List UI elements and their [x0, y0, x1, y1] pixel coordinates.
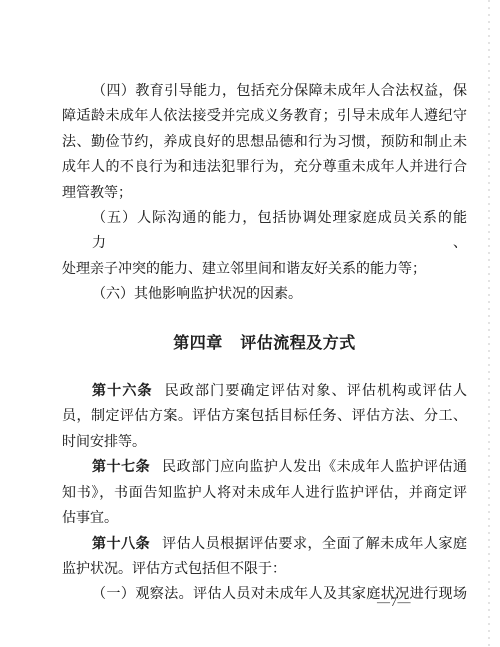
text-line: 成年人的不良行为和违法犯罪行为，充分尊重未成年人并进行合	[62, 155, 467, 180]
body-text-upper: （四）教育引导能力，包括充分保障未成年人合法权益，保障适龄未成年人依法接受并完成…	[62, 79, 467, 308]
paragraph: 第十六条民政部门要确定评估对象、评估机构或评估人员，制定评估方案。评估方案包括目…	[62, 379, 467, 455]
text-line: （六）其他影响监护状况的因素。	[62, 282, 467, 307]
chapter-heading: 第四章评估流程及方式	[62, 331, 467, 356]
page-number: —7—	[377, 594, 411, 610]
body-text-lower: 第十六条民政部门要确定评估对象、评估机构或评估人员，制定评估方案。评估方案包括目…	[62, 379, 467, 608]
paragraph: 第十七条民政部门应向监护人发出《未成年人监护评估通知书》，书面告知监护人将对未成…	[62, 455, 467, 531]
document-content: （四）教育引导能力，包括充分保障未成年人合法权益，保障适龄未成年人依法接受并完成…	[62, 79, 467, 608]
text-line: 第十八条评估人员根据评估要求，全面了解未成年人家庭	[62, 532, 467, 557]
document-page: （四）教育引导能力，包括充分保障未成年人合法权益，保障适龄未成年人依法接受并完成…	[0, 0, 500, 647]
text-line: 第十六条民政部门要确定评估对象、评估机构或评估人	[62, 379, 467, 404]
paragraph: （五）人际沟通的能力，包括协调处理家庭成员关系的能力、处理亲子冲突的能力、建立邻…	[62, 206, 467, 282]
chapter-title: 评估流程及方式	[240, 335, 356, 352]
paragraph: （六）其他影响监护状况的因素。	[62, 282, 467, 307]
text-line: （五）人际沟通的能力，包括协调处理家庭成员关系的能力、	[62, 206, 467, 257]
text-line: （四）教育引导能力，包括充分保障未成年人合法权益，保	[62, 79, 467, 104]
text-line: 时间安排等。	[62, 430, 467, 455]
text-line: 障适龄未成年人依法接受并完成义务教育；引导未成年人遵纪守	[62, 104, 467, 129]
text-line: 法、勤俭节约，养成良好的思想品德和行为习惯，预防和制止未	[62, 130, 467, 155]
paragraph: 第十八条评估人员根据评估要求，全面了解未成年人家庭监护状况。评估方式包括但不限于…	[62, 532, 467, 583]
paragraph: （四）教育引导能力，包括充分保障未成年人合法权益，保障适龄未成年人依法接受并完成…	[62, 79, 467, 206]
chapter-number: 第四章	[173, 335, 223, 352]
text-line: 员，制定评估方案。评估方案包括目标任务、评估方法、分工、	[62, 404, 467, 429]
text-line: 第十七条民政部门应向监护人发出《未成年人监护评估通	[62, 455, 467, 480]
text-line: 处理亲子冲突的能力、建立邻里间和谐友好关系的能力等；	[62, 257, 467, 282]
text-line: 知书》，书面告知监护人将对未成年人进行监护评估，并商定评	[62, 481, 467, 506]
text-line: 理管教等；	[62, 181, 467, 206]
article-number: 第十七条	[92, 460, 150, 475]
article-number: 第十六条	[92, 384, 153, 399]
text-line: 估事宜。	[62, 506, 467, 531]
scan-edge-artifact	[488, 0, 490, 647]
article-number: 第十八条	[92, 537, 150, 552]
text-line: 监护状况。评估方式包括但不限于：	[62, 557, 467, 582]
